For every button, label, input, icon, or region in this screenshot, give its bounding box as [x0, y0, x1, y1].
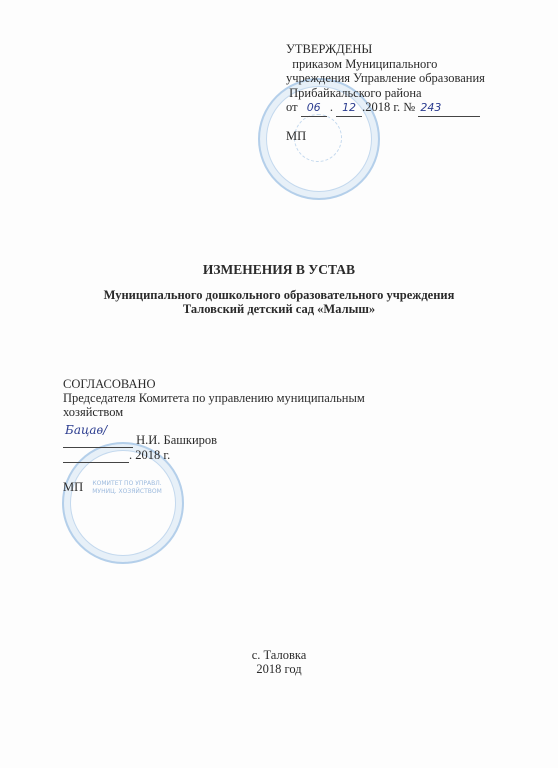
approval-line-3: Прибайкальского района	[286, 86, 485, 101]
footer-place: с. Таловка	[0, 648, 558, 662]
signature-line: Бацаѳ/ Н.И. Башкиров	[63, 433, 365, 448]
agreement-block: СОГЛАСОВАНО Председателя Комитета по упр…	[63, 377, 365, 494]
approval-heading: УТВЕРЖДЕНЫ	[286, 42, 485, 57]
subtitle-line-1: Муниципального дошкольного образовательн…	[0, 288, 558, 302]
seal-place-label-top: МП	[286, 129, 485, 144]
approval-block: УТВЕРЖДЕНЫ приказом Муниципального учреж…	[286, 42, 485, 144]
agreement-date-line: . 2018 г.	[63, 448, 365, 463]
subtitle-line-2: Таловский детский сад «Малыш»	[0, 302, 558, 316]
seal-place-label-bottom: МП	[63, 480, 365, 494]
handwritten-signature: Бацаѳ/	[65, 423, 107, 437]
approval-line-2: учреждения Управление образования	[286, 71, 485, 86]
signature-blank: Бацаѳ/	[63, 433, 133, 448]
order-month: 12	[336, 101, 362, 117]
agreement-year: . 2018 г.	[129, 448, 170, 462]
approval-line-1: приказом Муниципального	[286, 57, 485, 72]
document-footer: с. Таловка 2018 год	[0, 648, 558, 676]
document-title: ИЗМЕНЕНИЯ В УСТАВ	[0, 262, 558, 278]
approval-order-line: от 06 . 12.2018 г. № 243	[286, 100, 485, 117]
order-year: .2018 г. №	[362, 100, 418, 114]
footer-year: 2018 год	[0, 662, 558, 676]
document-page: УТВЕРЖДЕНЫ приказом Муниципального учреж…	[0, 0, 558, 768]
agreement-line-1: Председателя Комитета по управлению муни…	[63, 391, 365, 405]
document-subtitle: Муниципального дошкольного образовательн…	[0, 288, 558, 316]
date-prefix: от	[286, 100, 301, 114]
agreement-line-2: хозяйством	[63, 405, 365, 419]
order-day: 06	[301, 101, 327, 117]
signer-name: Н.И. Башкиров	[136, 433, 217, 447]
date-blank	[63, 448, 129, 463]
order-number: 243	[418, 101, 480, 117]
agreement-heading: СОГЛАСОВАНО	[63, 377, 365, 391]
